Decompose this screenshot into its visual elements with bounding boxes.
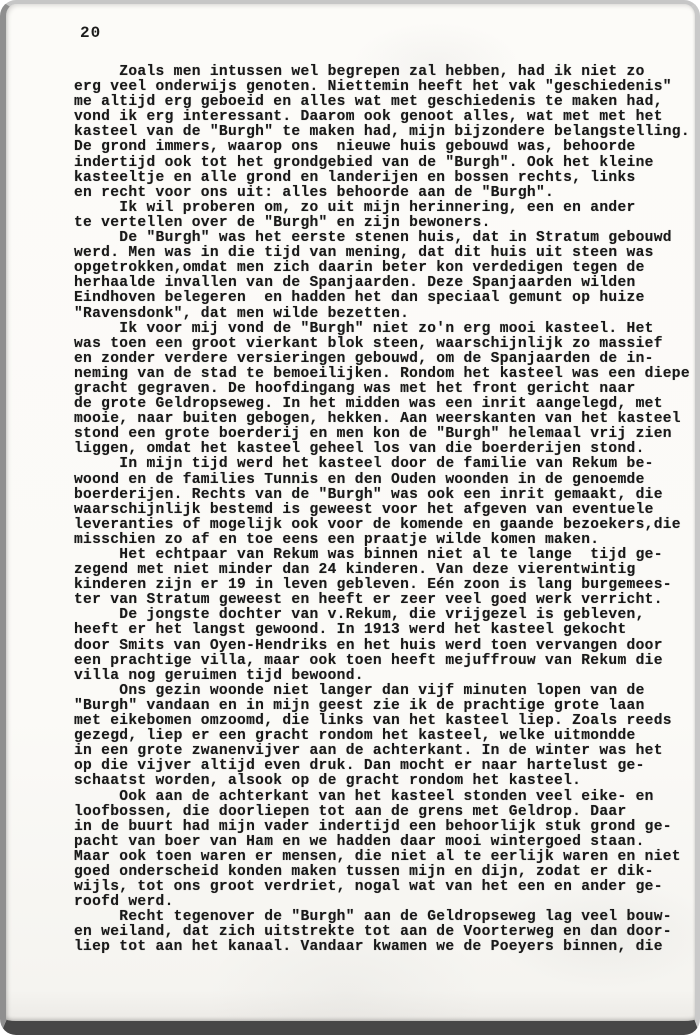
page-number: 20 (80, 24, 101, 42)
body-text: Zoals men intussen wel begrepen zal hebb… (74, 65, 700, 956)
document-page: 20 Zoals men intussen wel begrepen zal h… (0, 0, 700, 1035)
